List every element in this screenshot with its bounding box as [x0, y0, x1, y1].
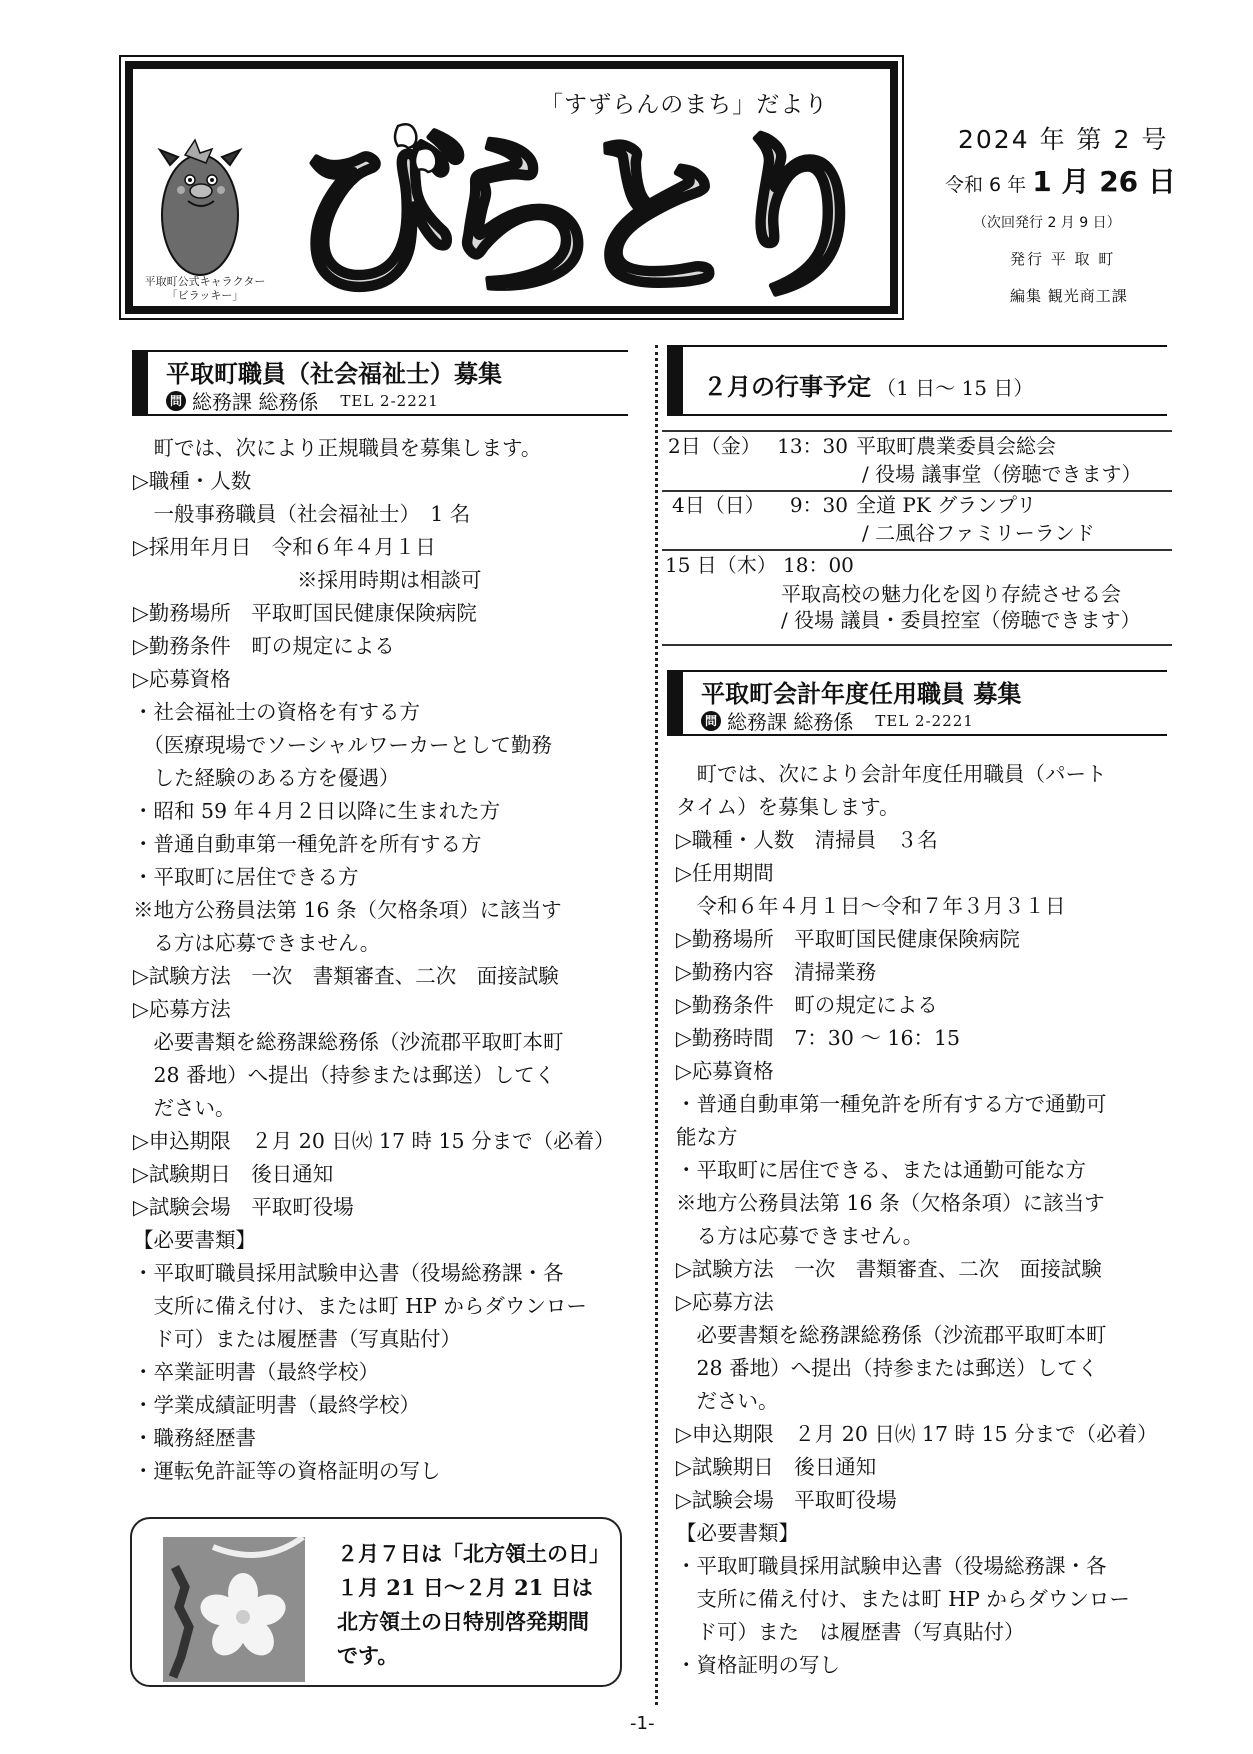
body-line: 町では、次により正規職員を募集します。: [133, 432, 615, 465]
body-line: 必要書類を総務課総務係（沙流郡平取町本町: [133, 1026, 615, 1059]
body-line: ▷申込期限 ２月 20 日㈫ 17 時 15 分まで（必着）: [133, 1125, 615, 1158]
schedule-event: 15 日（木）18：00: [665, 551, 854, 579]
body-line: ▷勤務条件 町の規定による: [133, 630, 615, 663]
schedule-rule: [662, 644, 1172, 646]
body-line: ・平取町に居住できる、または通勤可能な方: [676, 1154, 1158, 1187]
body-line: 28 番地）へ提出（持参または郵送）してく: [133, 1059, 615, 1092]
right-article-contact: 問 総務課 総務係 TEL 2-2221: [701, 706, 974, 735]
body-line: ・卒業証明書（最終学校）: [133, 1356, 615, 1389]
body-line: ▷任用期間: [676, 857, 1158, 890]
body-line: ※採用時期は相談可: [133, 564, 615, 597]
left-article-body: 町では、次により正規職員を募集します。 ▷職種・人数 一般事務職員（社会福祉士）…: [133, 432, 615, 1488]
notice-text: ２月７日は「北方領土の日」 １月 21 日～２月 21 日は 北方領土の日特別啓…: [337, 1537, 610, 1673]
mascot-biraki-illustration: [150, 135, 250, 285]
body-line: ▷応募資格: [676, 1055, 1158, 1088]
body-line: ▷申込期限 ２月 20 日㈫ 17 時 15 分まで（必着）: [676, 1418, 1158, 1451]
right-article-header: 平取町会計年度任用職員 募集 問 総務課 総務係 TEL 2-2221: [667, 670, 1167, 736]
body-line: ▷勤務時間 7：30 ～ 16：15: [676, 1022, 1158, 1055]
schedule-event: 2日（金）13：30平取町農業委員会総会: [668, 432, 1056, 460]
body-line: 必要書類を総務課総務係（沙流郡平取町本町: [676, 1319, 1158, 1352]
column-divider: [655, 345, 658, 1705]
issue-number: 2024 年 第 2 号: [958, 120, 1168, 156]
body-line: ▷応募方法: [133, 993, 615, 1026]
body-line: 支所に備え付け、または町 HP からダウンロー: [133, 1290, 615, 1323]
body-line: ▷試験方法 一次 書類審査、二次 面接試験: [676, 1253, 1158, 1286]
inquiry-icon: 問: [701, 711, 721, 731]
body-line: ▷勤務場所 平取町国民健康保険病院: [133, 597, 615, 630]
body-line: 【必要書類】: [133, 1224, 615, 1257]
editor: 編集 観光商工課: [1010, 285, 1128, 306]
schedule-event: 4日（日）9：30全道 PK グランプリ: [672, 491, 1036, 519]
logo-char-4: り: [710, 120, 850, 300]
body-line: ▷試験会場 平取町役場: [133, 1191, 615, 1224]
body-line: 【必要書類】: [676, 1517, 1158, 1550]
mascot-caption: 平取町公式キャラクター 「ビラッキー」: [140, 275, 270, 303]
masthead-logo-title: び ら と り: [290, 120, 850, 304]
body-line: ▷職種・人数 清掃員 ３名: [676, 824, 1158, 857]
body-line: ・資格証明の写し: [676, 1649, 1158, 1682]
body-line: タイム）を募集します。: [676, 791, 1158, 824]
body-line: ▷試験方法 一次 書類審査、二次 面接試験: [133, 960, 615, 993]
issue-date: 令和 6 年 1 月 26 日: [945, 160, 1176, 200]
body-line: ・運転免許証等の資格証明の写し: [133, 1455, 615, 1488]
schedule-event-title: 平取高校の魅力化を図り存続させる会: [781, 580, 1121, 608]
body-line: ▷試験期日 後日通知: [676, 1451, 1158, 1484]
body-line: る方は応募できません。: [133, 927, 615, 960]
body-line: ▷勤務条件 町の規定による: [676, 989, 1158, 1022]
body-line: ド可）または履歴書（写真貼付）: [133, 1323, 615, 1356]
inquiry-icon: 問: [166, 391, 186, 411]
body-line: ・学業成績証明書（最終学校）: [133, 1389, 615, 1422]
schedule-event-location: / 役場 議員・委員控室（傍聴できます）: [781, 606, 1140, 634]
left-article-title: 平取町職員（社会福祉士）募集: [166, 354, 502, 389]
body-line: ▷職種・人数: [133, 465, 615, 498]
body-line: ・職務経歴書: [133, 1422, 615, 1455]
body-line: ▷試験期日 後日通知: [133, 1158, 615, 1191]
body-line: した経験のある方を優遇）: [133, 762, 615, 795]
body-line: ▷応募資格: [133, 663, 615, 696]
next-issue-date: （次回発行 2 月 9 日）: [973, 212, 1121, 232]
body-line: 支所に備え付け、または町 HP からダウンロー: [676, 1583, 1158, 1616]
body-line: ・普通自動車第一種免許を所有する方で通勤可: [676, 1088, 1158, 1121]
schedule-event-location: / 二風谷ファミリーランド: [862, 519, 1095, 547]
body-line: ▷試験会場 平取町役場: [676, 1484, 1158, 1517]
body-line: （医療現場でソーシャルワーカーとして勤務: [133, 729, 615, 762]
publisher: 発行 平 取 町: [1010, 248, 1115, 269]
body-line: 町では、次により会計年度任用職員（パート: [676, 758, 1158, 791]
masthead-slogan: 「すずらんのまち」だより: [540, 86, 828, 119]
body-line: ▷勤務場所 平取町国民健康保険病院: [676, 923, 1158, 956]
body-line: ※地方公務員法第 16 条（欠格条項）に該当す: [133, 894, 615, 927]
body-line: ▷応募方法: [676, 1286, 1158, 1319]
left-article-contact: 問 総務課 総務係 TEL 2-2221: [166, 386, 439, 415]
schedule-range: （1 日～ 15 日）: [876, 376, 1033, 400]
left-article-header: 平取町職員（社会福祉士）募集 問 総務課 総務係 TEL 2-2221: [132, 350, 628, 416]
body-line: 一般事務職員（社会福祉士） 1 名: [133, 498, 615, 531]
schedule-title: ２月の行事予定: [703, 373, 871, 401]
body-line: ださい。: [133, 1092, 615, 1125]
right-article-body: 町では、次により会計年度任用職員（パート タイム）を募集します。 ▷職種・人数 …: [676, 758, 1158, 1682]
northern-territories-emblem-image: [163, 1537, 305, 1682]
body-line: 28 番地）へ提出（持参または郵送）してく: [676, 1352, 1158, 1385]
body-line: ▷勤務内容 清掃業務: [676, 956, 1158, 989]
body-line: ・平取町職員採用試験申込書（役場総務課・各: [676, 1550, 1158, 1583]
body-line: る方は応募できません。: [676, 1220, 1158, 1253]
body-line: ・社会福祉士の資格を有する方: [133, 696, 615, 729]
body-line: ド可）また は履歴書（写真貼付）: [676, 1616, 1158, 1649]
body-line: ・昭和 59 年４月２日以降に生まれた方: [133, 795, 615, 828]
page-number: -1-: [630, 1713, 654, 1734]
body-line: 能な方: [676, 1121, 1158, 1154]
schedule-event-location: / 役場 議事堂（傍聴できます）: [862, 460, 1141, 488]
body-line: ・平取町職員採用試験申込書（役場総務課・各: [133, 1257, 615, 1290]
body-line: ※地方公務員法第 16 条（欠格条項）に該当す: [676, 1187, 1158, 1220]
body-line: ・平取町に居住できる方: [133, 861, 615, 894]
right-article-title: 平取町会計年度任用職員 募集: [701, 674, 1021, 709]
body-line: ださい。: [676, 1385, 1158, 1418]
body-line: 令和６年４月１日～令和７年３月３１日: [676, 890, 1158, 923]
body-line: ・普通自動車第一種免許を所有する方: [133, 828, 615, 861]
schedule-header: ２月の行事予定 （1 日～ 15 日）: [667, 345, 1167, 416]
body-line: ▷採用年月日 令和６年４月１日: [133, 531, 615, 564]
